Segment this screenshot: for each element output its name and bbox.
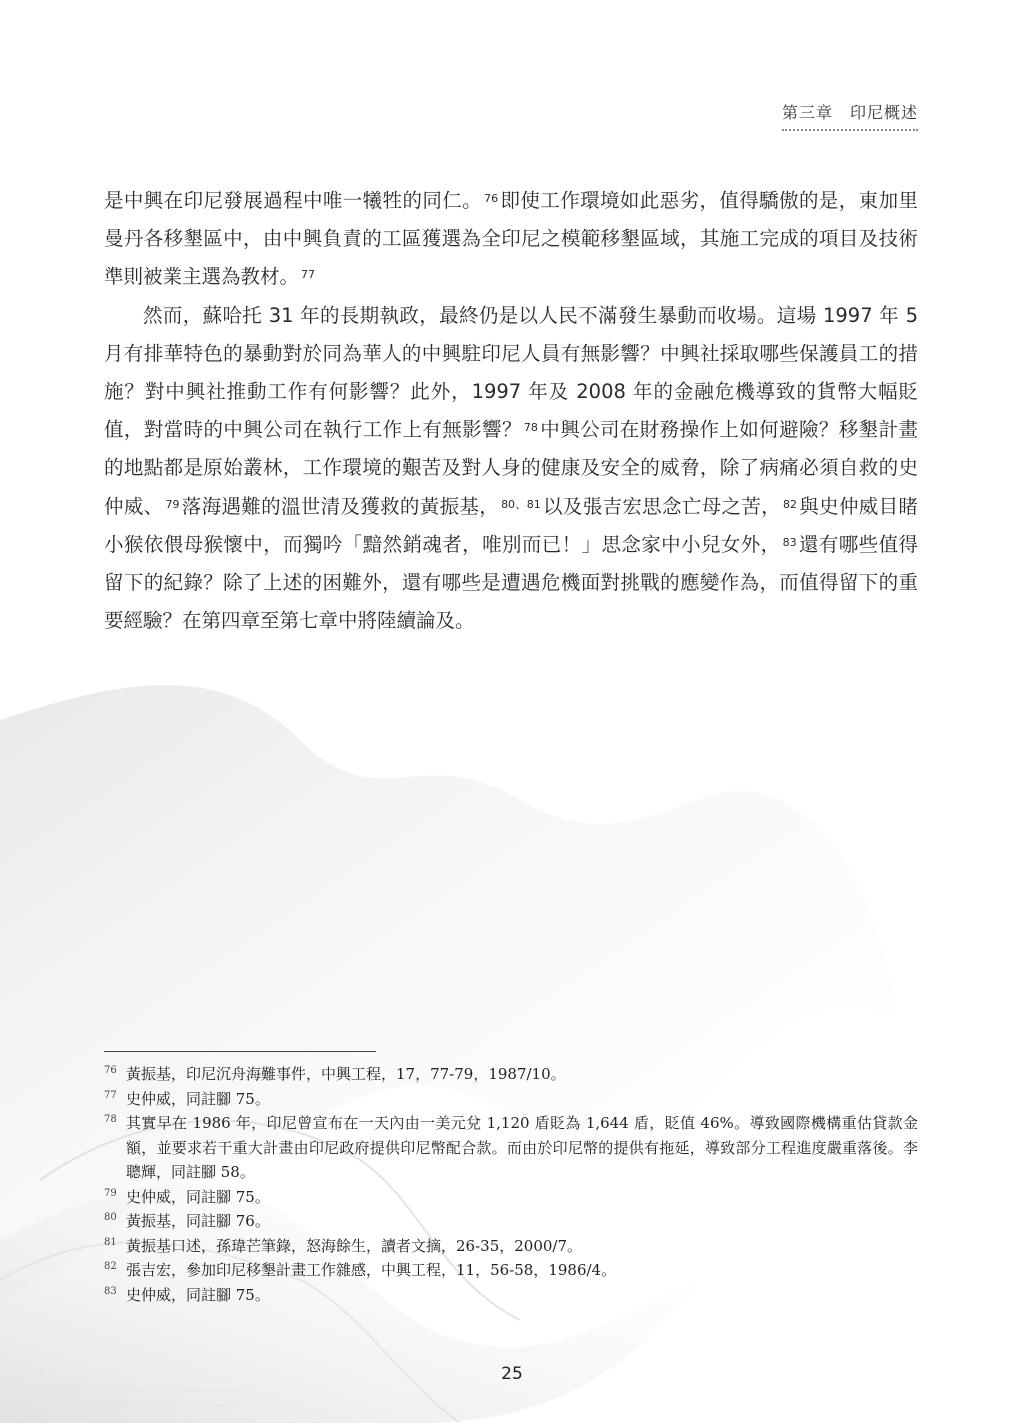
- footnote-reference[interactable]: 79: [165, 498, 179, 511]
- footnote-reference[interactable]: 78: [524, 421, 538, 434]
- footnote-reference[interactable]: 82: [783, 498, 797, 511]
- footnote-number: 79: [104, 1185, 126, 1210]
- footnote-number: 76: [104, 1062, 126, 1087]
- footnote-reference[interactable]: 80、81: [501, 498, 541, 511]
- footnote-82: 82 張吉宏，參加印尼移墾計畫工作雜感，中興工程，11，56-58，1986/4…: [104, 1258, 918, 1283]
- running-header-chapter-title: 第三章 印尼概述: [782, 100, 918, 131]
- footnote-81: 81 黃振基口述，孫瑋芒筆錄，怒海餘生，讀者文摘，26-35，2000/7。: [104, 1234, 918, 1259]
- footnote-79: 79 史仲威，同註腳 75。: [104, 1185, 918, 1210]
- footnotes-list: 76 黃振基，印尼沉舟海難事件，中興工程，17，77-79，1987/10。 7…: [104, 1062, 918, 1307]
- footnote-text: 黃振基，印尼沉舟海難事件，中興工程，17，77-79，1987/10。: [126, 1062, 918, 1087]
- paragraph: 然而，蘇哈托 31 年的長期執政，最終仍是以人民不滿發生暴動而收場。這場 199…: [104, 297, 918, 641]
- paragraph: 是中興在印尼發展過程中唯一犧牲的同仁。76即使工作環境如此惡劣，值得驕傲的是，東…: [104, 182, 918, 297]
- page-number: 25: [0, 1364, 1024, 1384]
- footnote-number: 83: [104, 1283, 126, 1308]
- footnote-text: 張吉宏，參加印尼移墾計畫工作雜感，中興工程，11，56-58，1986/4。: [126, 1258, 918, 1283]
- footnote-77: 77 史仲威，同註腳 75。: [104, 1087, 918, 1112]
- footnote-text: 史仲威，同註腳 75。: [126, 1283, 918, 1308]
- footnote-reference[interactable]: 77: [301, 268, 315, 281]
- footnote-80: 80 黃振基，同註腳 76。: [104, 1209, 918, 1234]
- footnote-76: 76 黃振基，印尼沉舟海難事件，中興工程，17，77-79，1987/10。: [104, 1062, 918, 1087]
- footnote-78: 78 其實早在 1986 年，印尼曾宣布在一天內由一美元兌 1,120 盾貶為 …: [104, 1111, 918, 1185]
- footnote-number: 77: [104, 1087, 126, 1112]
- footnote-text: 黃振基，同註腳 76。: [126, 1209, 918, 1234]
- footnote-number: 78: [104, 1111, 126, 1185]
- footnote-83: 83 史仲威，同註腳 75。: [104, 1283, 918, 1308]
- footnote-number: 81: [104, 1234, 126, 1259]
- footnote-reference[interactable]: 83: [783, 536, 797, 549]
- body-text: 是中興在印尼發展過程中唯一犧牲的同仁。76即使工作環境如此惡劣，值得驕傲的是，東…: [104, 182, 918, 640]
- footnote-text: 史仲威，同註腳 75。: [126, 1185, 918, 1210]
- footnote-reference[interactable]: 76: [484, 192, 498, 205]
- footnote-text: 黃振基口述，孫瑋芒筆錄，怒海餘生，讀者文摘，26-35，2000/7。: [126, 1234, 918, 1259]
- footnote-text: 史仲威，同註腳 75。: [126, 1087, 918, 1112]
- footnote-text: 其實早在 1986 年，印尼曾宣布在一天內由一美元兌 1,120 盾貶為 1,6…: [126, 1111, 918, 1185]
- footnote-separator-rule: [104, 1051, 376, 1052]
- footnote-number: 80: [104, 1209, 126, 1234]
- footnote-number: 82: [104, 1258, 126, 1283]
